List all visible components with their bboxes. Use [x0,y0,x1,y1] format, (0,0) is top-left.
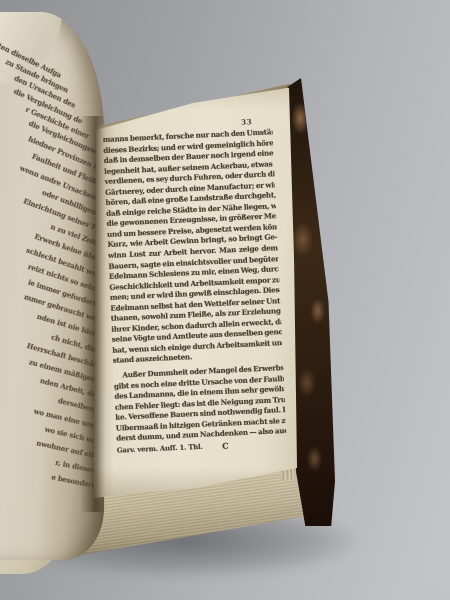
footer-signature-title: Garv. verm. Aufſ. 1. Thl. [117,443,203,455]
text-paragraph: manns bemerkt, forsche nur nach den Umst… [102,127,282,367]
footer-gathering-letter: C [222,440,229,451]
left-page-text: nten dieselbe Aufgazu Stande bringenden … [0,68,96,494]
left-page: nten dieselbe Aufgazu Stande bringenden … [0,12,104,560]
right-page: 33 manns bemerkt, forsche nur nach den U… [88,84,300,506]
body-text: manns bemerkt, forsche nur nach den Umst… [102,127,286,444]
text-paragraph: Außer Dummheit oder Mangel des Erwerbs,g… [113,363,286,444]
page-text-area: 33 manns bemerkt, forsche nur nach den U… [102,116,287,456]
book-photo: nten dieselbe Aufgazu Stande bringenden … [0,0,450,600]
